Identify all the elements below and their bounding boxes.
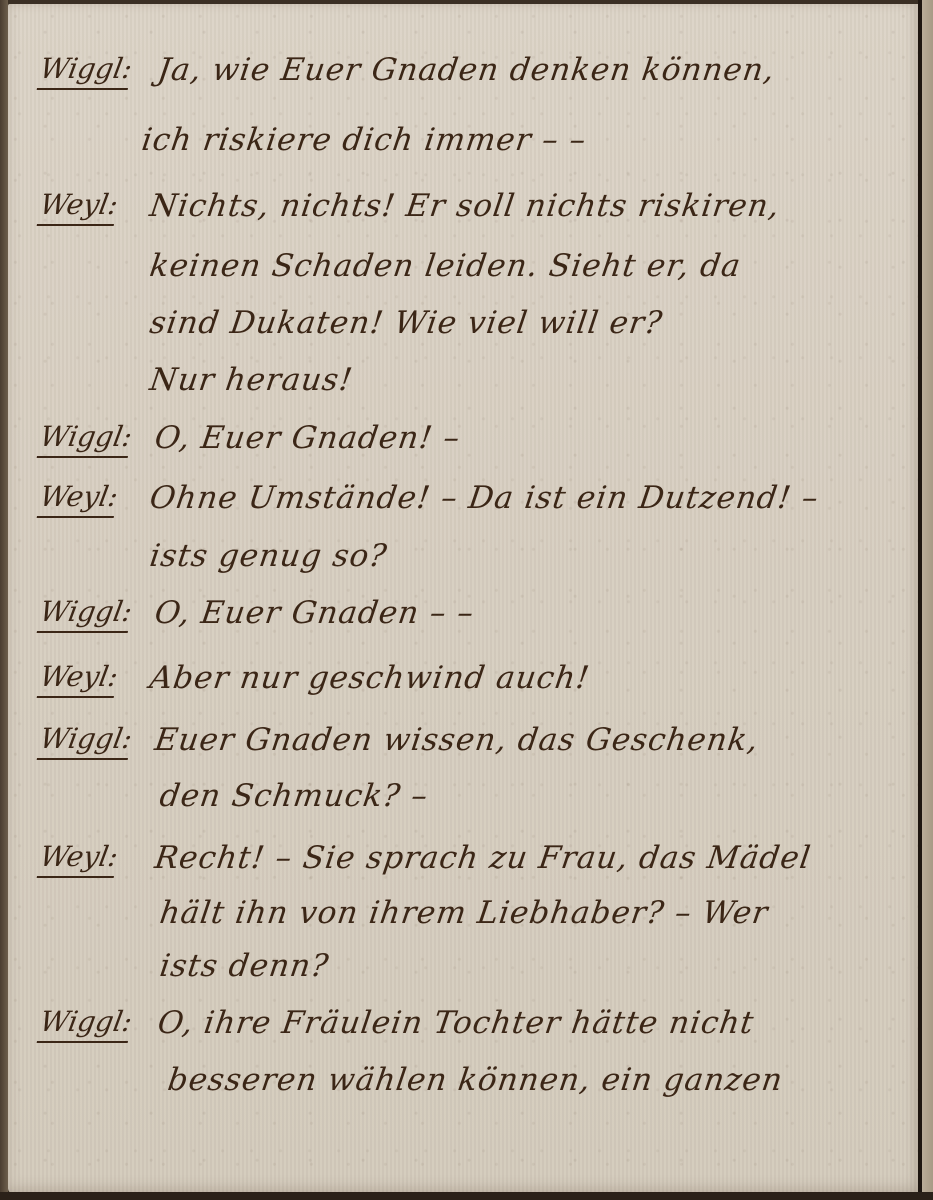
dialogue-line: Ohne Umstände! – Da ist ein Dutzend! – — [147, 480, 821, 516]
dialogue-line: hält ihn von ihrem Liebhaber? – Wer — [157, 895, 770, 931]
speaker-label: Wiggl: — [37, 722, 135, 760]
dialogue-line: Nichts, nichts! Er soll nichts riskiren, — [147, 188, 782, 224]
speaker-label: Wiggl: — [37, 420, 135, 458]
dialogue-line: Euer Gnaden wissen, das Geschenk, — [152, 722, 761, 758]
speaker-label: Wiggl: — [37, 595, 135, 633]
dialogue-line: ists denn? — [157, 948, 331, 984]
speaker-label: Wiggl: — [37, 52, 135, 90]
dialogue-line: ich riskiere dich immer – – — [139, 122, 588, 158]
dialogue-line: Ja, wie Euer Gnaden denken können, — [155, 52, 777, 88]
dialogue-text: Wiggl: Ja, wie Euer Gnaden denken können… — [0, 0, 933, 1200]
speaker-label: Wiggl: — [37, 1005, 135, 1043]
dialogue-line: sind Dukaten! Wie viel will er? — [147, 305, 665, 341]
dialogue-line: besseren wählen können, ein ganzen — [165, 1062, 785, 1098]
speaker-label: Weyl: — [37, 188, 121, 226]
dialogue-line: Nur heraus! — [147, 362, 355, 398]
dialogue-line: O, ihre Fräulein Tochter hätte nicht — [155, 1005, 756, 1041]
dialogue-line: O, Euer Gnaden – – — [152, 595, 476, 631]
dialogue-line: Recht! – Sie sprach zu Frau, das Mädel — [152, 840, 813, 876]
speaker-label: Weyl: — [37, 480, 121, 518]
speaker-label: Weyl: — [37, 660, 121, 698]
dialogue-line: O, Euer Gnaden! – — [152, 420, 462, 456]
dialogue-line: keinen Schaden leiden. Sieht er, da — [147, 248, 743, 284]
speaker-label: Weyl: — [37, 840, 121, 878]
dialogue-line: Aber nur geschwind auch! — [147, 660, 592, 696]
dialogue-line: den Schmuck? – — [157, 778, 430, 814]
dialogue-line: ists genug so? — [147, 538, 389, 574]
